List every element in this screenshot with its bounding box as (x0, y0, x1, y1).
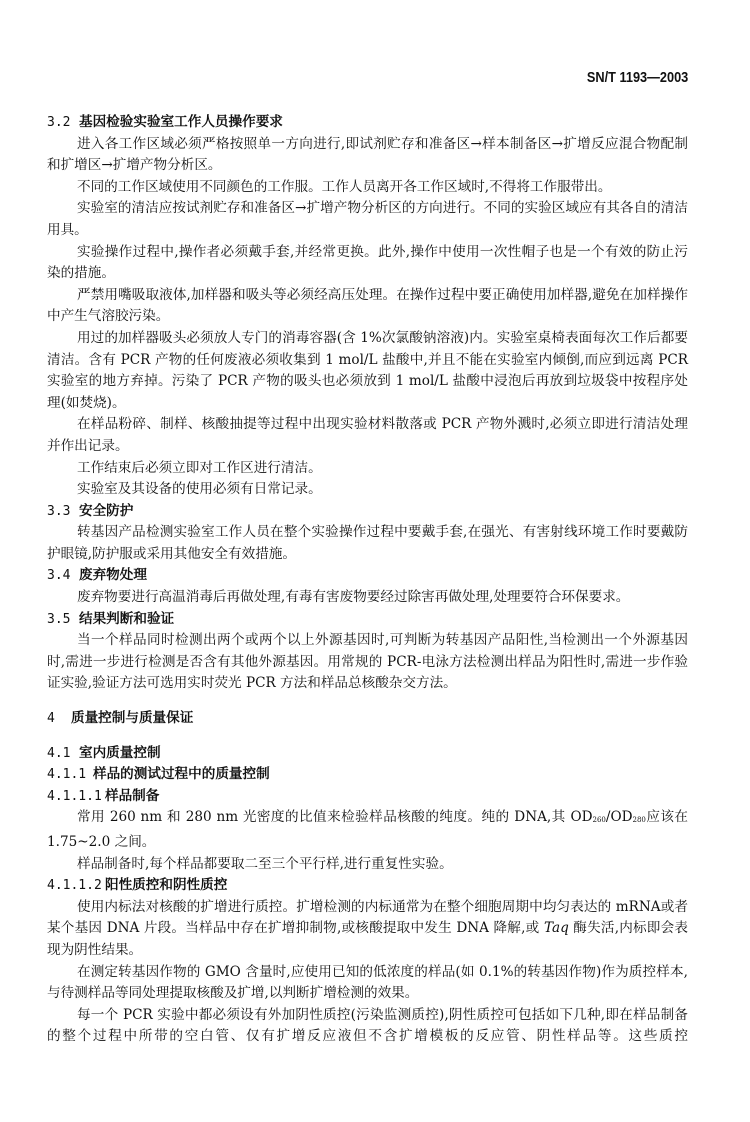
document-body: 3.2基因检验实验室工作人员操作要求 进入各工作区域必须严格按照单一方向进行,即… (47, 112, 688, 1048)
section-number: 4.1 (47, 743, 79, 765)
spacer (47, 695, 688, 708)
paragraph: 每一个 PCR 实验中都必须设有外加阴性质控(污染监测质控),阴性质控可包括如下… (47, 1005, 688, 1048)
section-title: 废弃物处理 (79, 567, 147, 583)
section-4-1-1-1-heading: 4.1.1.1样品制备 (47, 786, 688, 808)
section-title: 结果判断和验证 (79, 611, 174, 627)
section-number: 3.4 (47, 565, 79, 587)
section-3-2-heading: 3.2基因检验实验室工作人员操作要求 (47, 112, 688, 134)
document-id-header: SN/T 1193—2003 (587, 69, 688, 86)
paragraph: 在样品粉碎、制样、核酸抽提等过程中出现实验材料散落或 PCR 产物外溅时,必须立… (47, 414, 688, 457)
paragraph: 进入各工作区域必须严格按照单一方向进行,即试剂贮存和准备区→样本制备区→扩增反应… (47, 134, 688, 177)
section-title: 样品的测试过程中的质量控制 (93, 766, 270, 782)
paragraph: 实验室的清洁应按试剂贮存和准备区→扩增产物分析区的方向进行。不同的实验区域应有其… (47, 198, 688, 241)
section-number: 4 (47, 708, 71, 730)
section-number: 4.1.1.1 (47, 786, 105, 808)
section-title: 阳性质控和阴性质控 (105, 877, 227, 893)
paragraph: 常用 260 nm 和 280 nm 光密度的比值来检验样品核酸的纯度。纯的 D… (47, 807, 688, 853)
paragraph: 样品制备时,每个样品都要取二至三个平行样,进行重复性实验。 (47, 854, 688, 876)
section-title: 质量控制与质量保证 (71, 710, 193, 726)
paragraph: 当一个样品同时检测出两个或两个以上外源基因时,可判断为转基因产品阳性,当检测出一… (47, 630, 688, 695)
section-title: 室内质量控制 (79, 745, 161, 761)
section-number: 3.3 (47, 501, 79, 523)
section-title: 基因检验实验室工作人员操作要求 (79, 114, 283, 130)
section-title: 样品制备 (105, 788, 159, 804)
paragraph: 废弃物要进行高温消毒后再做处理,有毒有害废物要经过除害再做处理,处理要符合环保要… (47, 587, 688, 609)
paragraph: 严禁用嘴吸取液体,加样器和吸头等必须经高压处理。在操作过程中要正确使用加样器,避… (47, 285, 688, 328)
section-number: 4.1.1 (47, 764, 93, 786)
section-number: 3.5 (47, 609, 79, 631)
section-3-5-heading: 3.5结果判断和验证 (47, 609, 688, 631)
section-3-3-heading: 3.3安全防护 (47, 501, 688, 523)
subscript: 280 (633, 816, 646, 824)
paragraph: 在测定转基因作物的 GMO 含量时,应使用已知的低浓度的样品(如 0.1%的转基… (47, 962, 688, 1005)
text-run: 常用 260 nm 和 280 nm 光密度的比值来检验样品核酸的纯度。纯的 D… (77, 809, 593, 825)
paragraph: 转基因产品检测实验室工作人员在整个实验操作过程中要戴手套,在强光、有害射线环境工… (47, 522, 688, 565)
section-3-4-heading: 3.4废弃物处理 (47, 565, 688, 587)
paragraph: 实验操作过程中,操作者必须戴手套,并经常更换。此外,操作中使用一次性帽子也是一个… (47, 242, 688, 285)
paragraph: 不同的工作区域使用不同颜色的工作服。工作人员离开各工作区域时,不得将工作服带出。 (47, 177, 688, 199)
section-number: 4.1.1.2 (47, 875, 105, 897)
section-4-heading: 4质量控制与质量保证 (47, 708, 688, 730)
section-4-1-1-2-heading: 4.1.1.2阳性质控和阴性质控 (47, 875, 688, 897)
section-4-1-1-heading: 4.1.1样品的测试过程中的质量控制 (47, 764, 688, 786)
section-number: 3.2 (47, 112, 79, 134)
section-4-1-heading: 4.1室内质量控制 (47, 743, 688, 765)
paragraph: 用过的加样器吸头必须放人专门的消毒容器(含 1%次氯酸钠溶液)内。实验室桌椅表面… (47, 328, 688, 414)
italic-term: Taq (544, 920, 569, 936)
spacer (47, 730, 688, 743)
text-run: /OD (606, 809, 633, 825)
paragraph: 使用内标法对核酸的扩增进行质控。扩增检测的内标通常为在整个细胞周期中均匀表达的 … (47, 897, 688, 962)
paragraph: 实验室及其设备的使用必须有日常记录。 (47, 479, 688, 501)
subscript: 260 (593, 816, 606, 824)
paragraph: 工作结束后必须立即对工作区进行清洁。 (47, 458, 688, 480)
section-title: 安全防护 (79, 503, 133, 519)
